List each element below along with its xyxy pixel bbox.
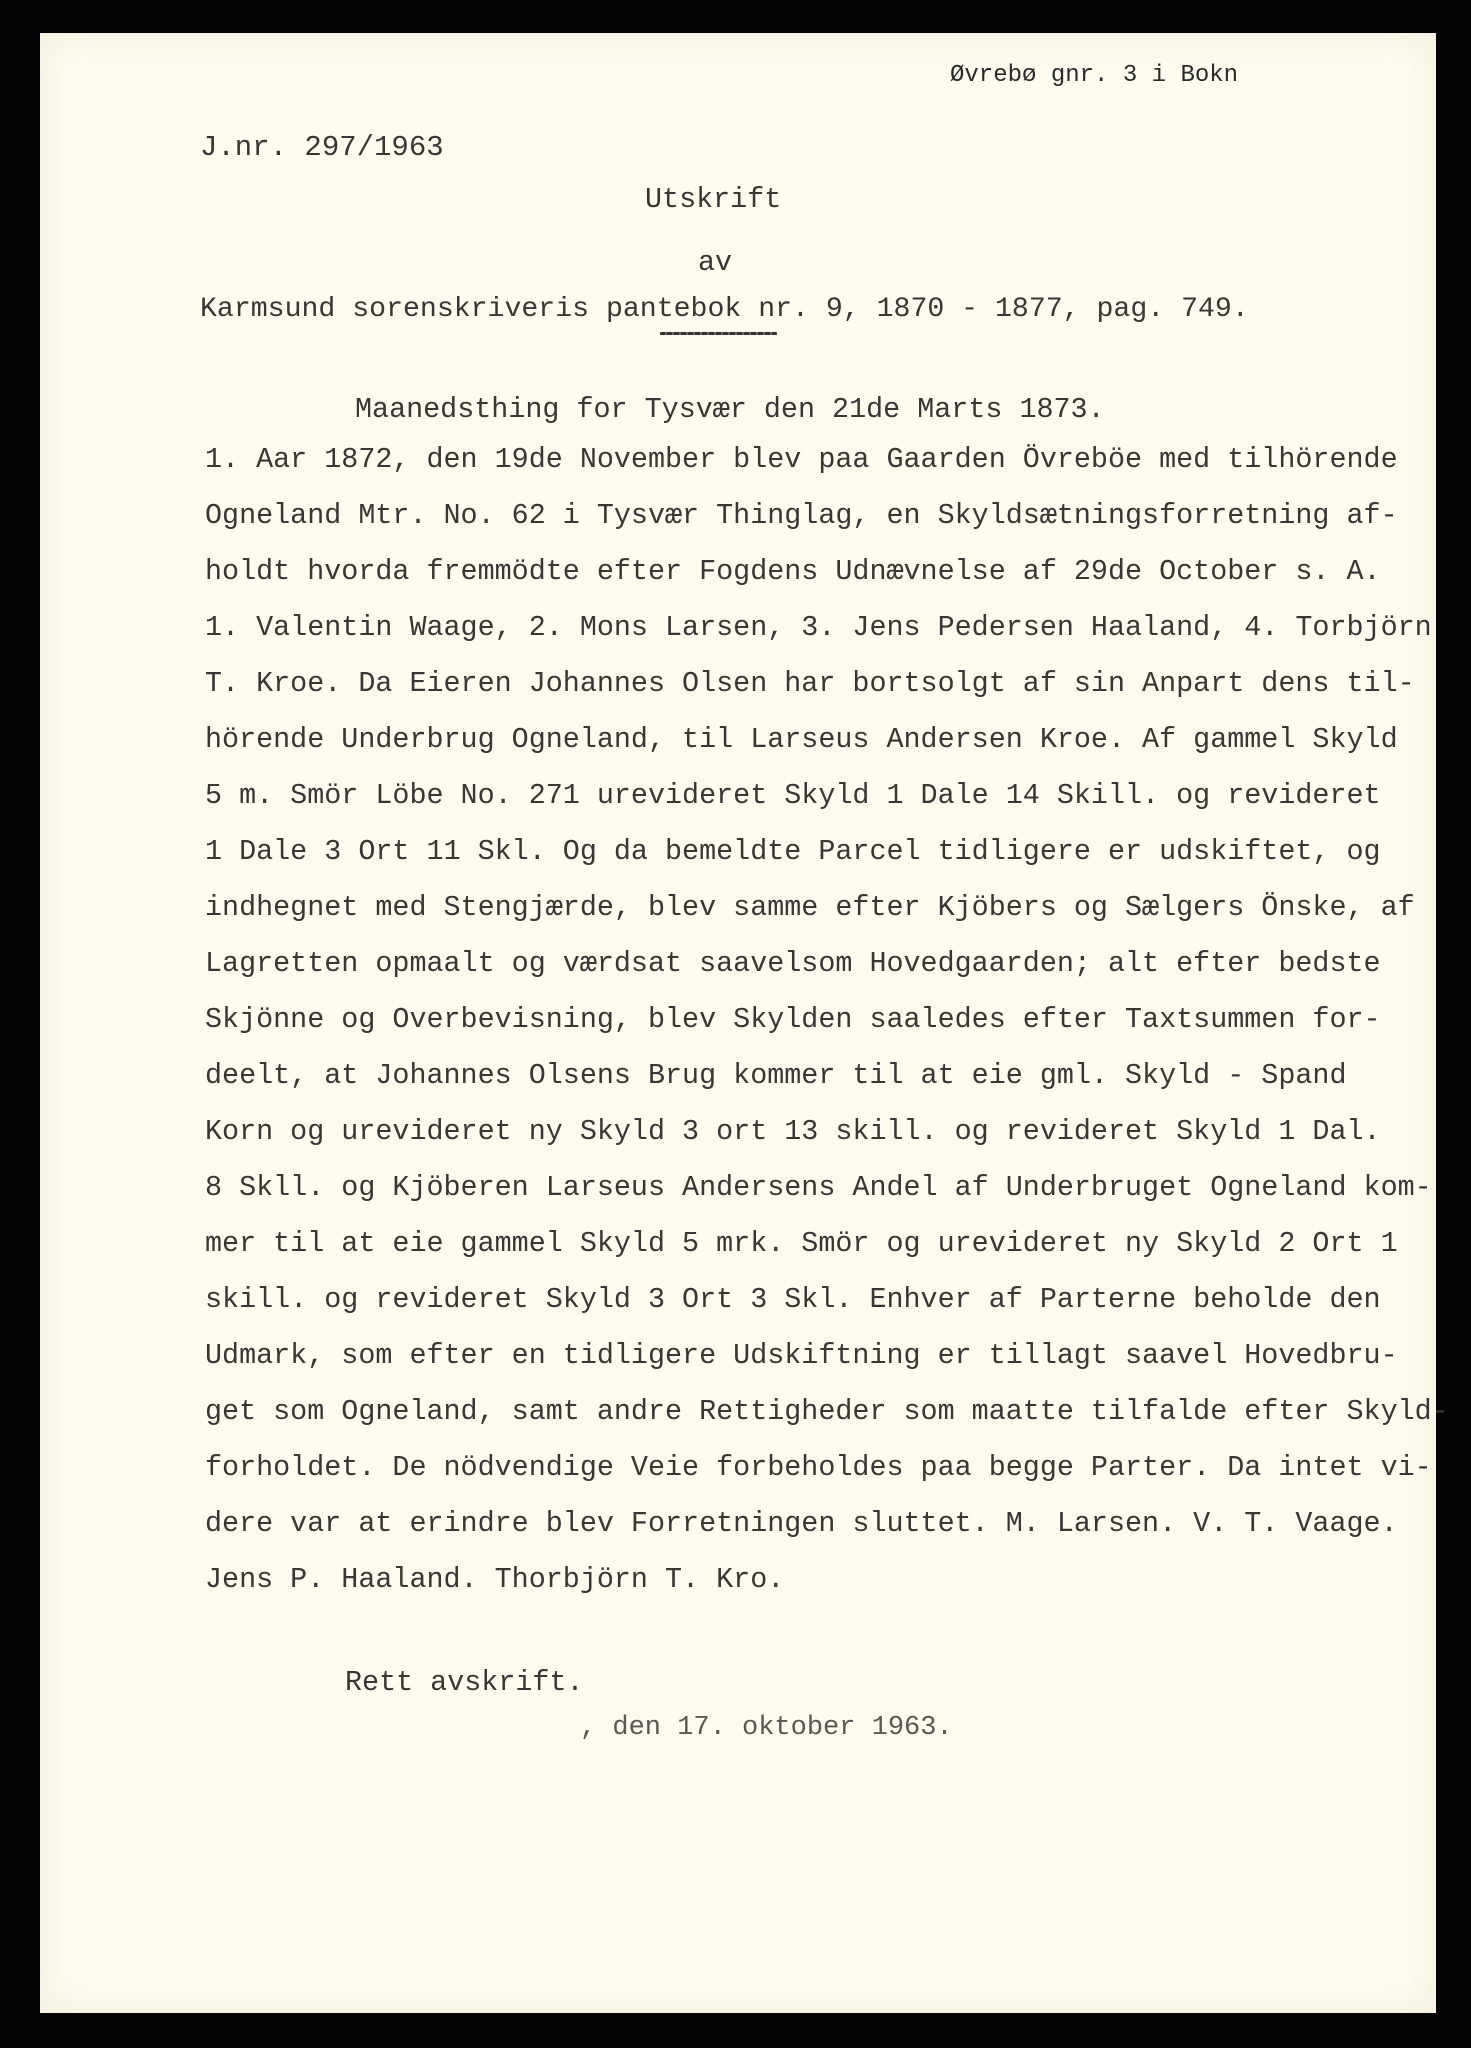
body-line: Udmark, som efter en tidligere Udskiftni… <box>205 1341 1398 1371</box>
body-line: holdt hvorda fremmödte efter Fogdens Udn… <box>205 557 1381 587</box>
body-line: get som Ogneland, samt andre Rettigheder… <box>205 1397 1449 1427</box>
body-line: Ogneland Mtr. No. 62 i Tysvær Thinglag, … <box>205 501 1398 531</box>
body-line: forholdet. De nödvendige Veie forbeholde… <box>205 1453 1432 1483</box>
session-line: Maanedsthing for Tysvær den 21de Marts 1… <box>355 395 1105 425</box>
source-title: Karmsund sorenskriveris pantebok nr. 9, … <box>200 295 1249 325</box>
body-line: 1. Aar 1872, den 19de November blev paa … <box>205 445 1398 475</box>
document-page: Øvrebø gnr. 3 i Bokn J.nr. 297/1963 Utsk… <box>40 33 1436 2013</box>
body-line: Skjönne og Overbevisning, blev Skylden s… <box>205 1005 1381 1035</box>
farm-reference-header: Øvrebø gnr. 3 i Bokn <box>950 61 1238 91</box>
body-line: Lagretten opmaalt og værdsat saavelsom H… <box>205 949 1381 979</box>
body-line: Jens P. Haaland. Thorbjörn T. Kro. <box>205 1565 784 1595</box>
title-underline <box>660 332 777 335</box>
body-line: skill. og revideret Skyld 3 Ort 3 Skl. E… <box>205 1285 1381 1315</box>
heading-utskrift: Utskrift <box>645 185 781 215</box>
body-line: deelt, at Johannes Olsens Brug kommer ti… <box>205 1061 1347 1091</box>
body-line: indhegnet med Stengjærde, blev samme eft… <box>205 893 1415 923</box>
body-line: hörende Underbrug Ogneland, til Larseus … <box>205 725 1398 755</box>
body-line: 1 Dale 3 Ort 11 Skl. Og da bemeldte Parc… <box>205 837 1381 867</box>
body-line: dere var at erindre blev Forretningen sl… <box>205 1509 1398 1539</box>
body-line: Korn og urevideret ny Skyld 3 ort 13 ski… <box>205 1117 1381 1147</box>
body-line: 5 m. Smör Löbe No. 271 urevideret Skyld … <box>205 781 1381 811</box>
date-line: , den 17. oktober 1963. <box>580 1713 953 1743</box>
body-line: 1. Valentin Waage, 2. Mons Larsen, 3. Je… <box>205 613 1432 643</box>
heading-av: av <box>698 248 732 278</box>
body-line: mer til at eie gammel Skyld 5 mrk. Smör … <box>205 1229 1398 1259</box>
body-line: 8 Skll. og Kjöberen Larseus Andersens An… <box>205 1173 1432 1203</box>
journal-number: J.nr. 297/1963 <box>200 133 444 163</box>
body-line: T. Kroe. Da Eieren Johannes Olsen har bo… <box>205 669 1415 699</box>
certification-text: Rett avskrift. <box>345 1668 584 1698</box>
